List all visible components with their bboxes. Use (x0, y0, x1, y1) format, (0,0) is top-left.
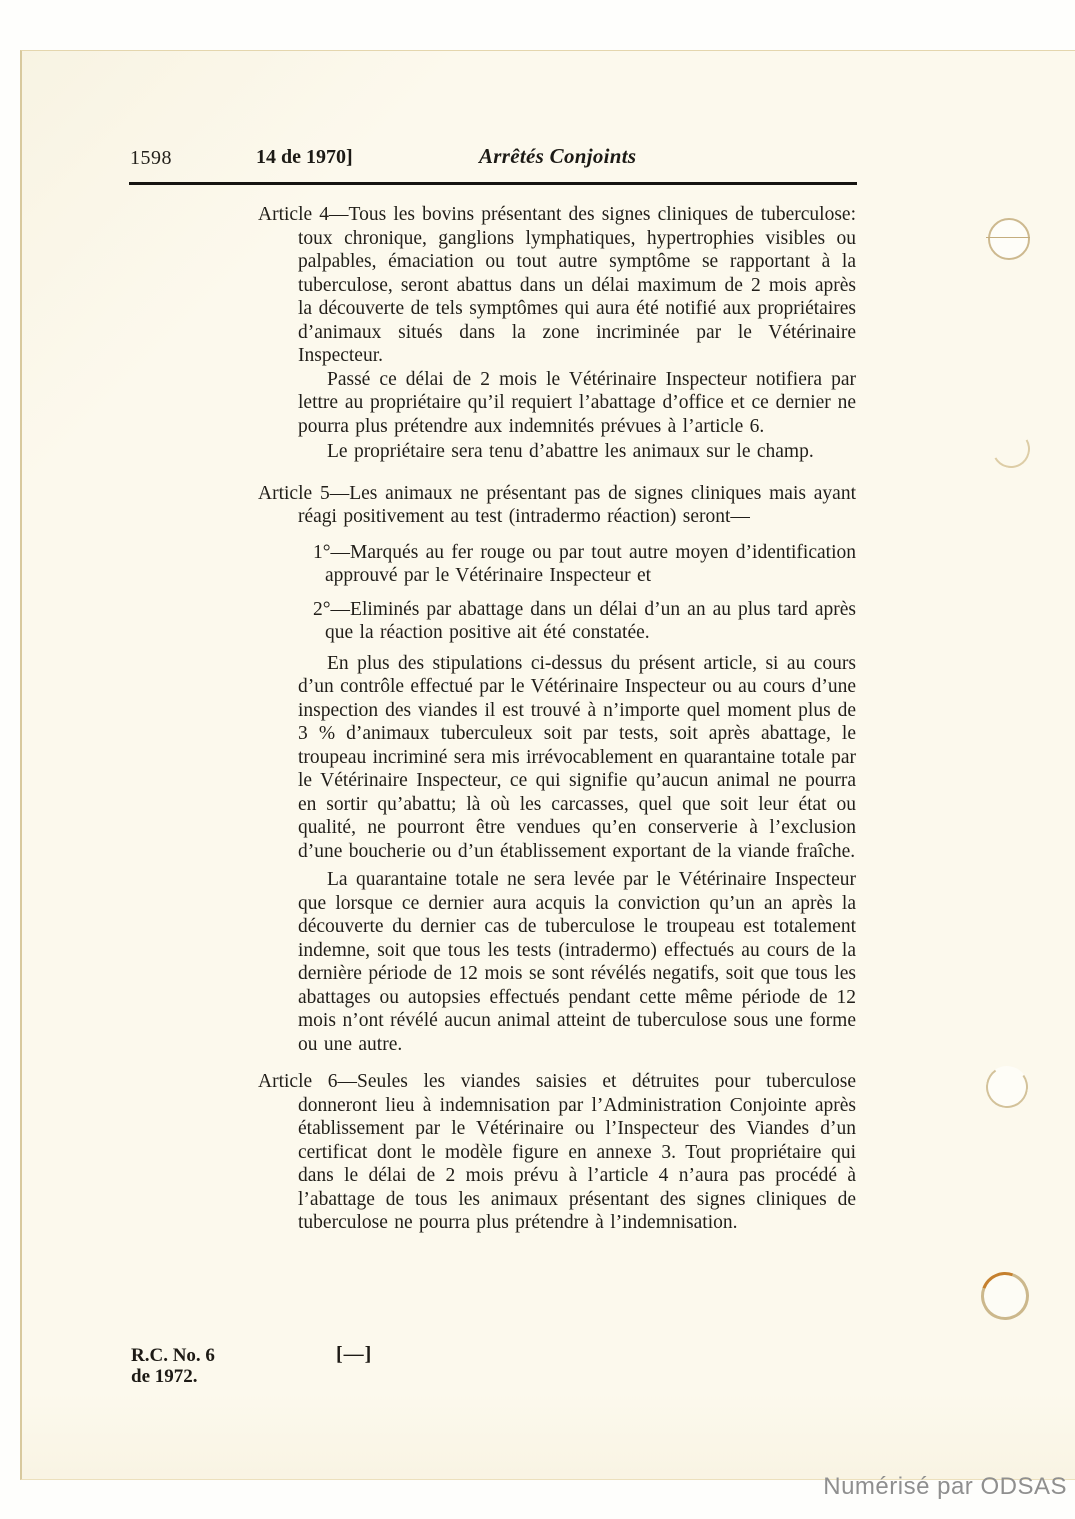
paragraph-article-5-quarantaine: La quarantaine totale ne sera levée par … (298, 868, 856, 1056)
marginal-reference-note: R.C. No. 6 de 1972. (131, 1345, 215, 1387)
paragraph-article-5-enplus: En plus des stipulations ci-dessus du pr… (298, 652, 856, 864)
punch-hole-line (986, 237, 1030, 238)
marginal-note-line2: de 1972. (131, 1366, 215, 1387)
paragraph-article-4: Article 4—Tous les bovins présentant des… (298, 203, 856, 368)
digitization-credit: Numérisé par ODSAS (823, 1473, 1067, 1501)
article-text-column: Article 4—Tous les bovins présentant des… (298, 203, 856, 1235)
paragraph-item-1: 1°—Marqués au fer rouge ou par tout autr… (298, 541, 856, 588)
journal-title: Arrêtés Conjoints (479, 144, 636, 169)
paragraph-article-5: Article 5—Les animaux ne présentant pas … (298, 482, 856, 529)
paragraph-article-4-proprietaire: Le propriétaire sera tenu d’abattre les … (298, 440, 856, 464)
page-number: 1598 (130, 147, 172, 170)
punch-hole-icon (988, 218, 1030, 260)
marginal-note-line1: R.C. No. 6 (131, 1345, 215, 1366)
end-of-text-mark: [—] (336, 1343, 372, 1366)
paragraph-article-6: Article 6—Seules les viandes saisies et … (298, 1070, 856, 1235)
header-rule (129, 182, 857, 185)
paragraph-item-2: 2°—Eliminés par abattage dans un délai d… (298, 598, 856, 645)
issue-reference: 14 de 1970] (256, 146, 353, 169)
scanned-document-page: 1598 14 de 1970] Arrêtés Conjoints Artic… (0, 0, 1075, 1519)
paragraph-article-4-passe: Passé ce délai de 2 mois le Vétérinaire … (298, 368, 856, 439)
